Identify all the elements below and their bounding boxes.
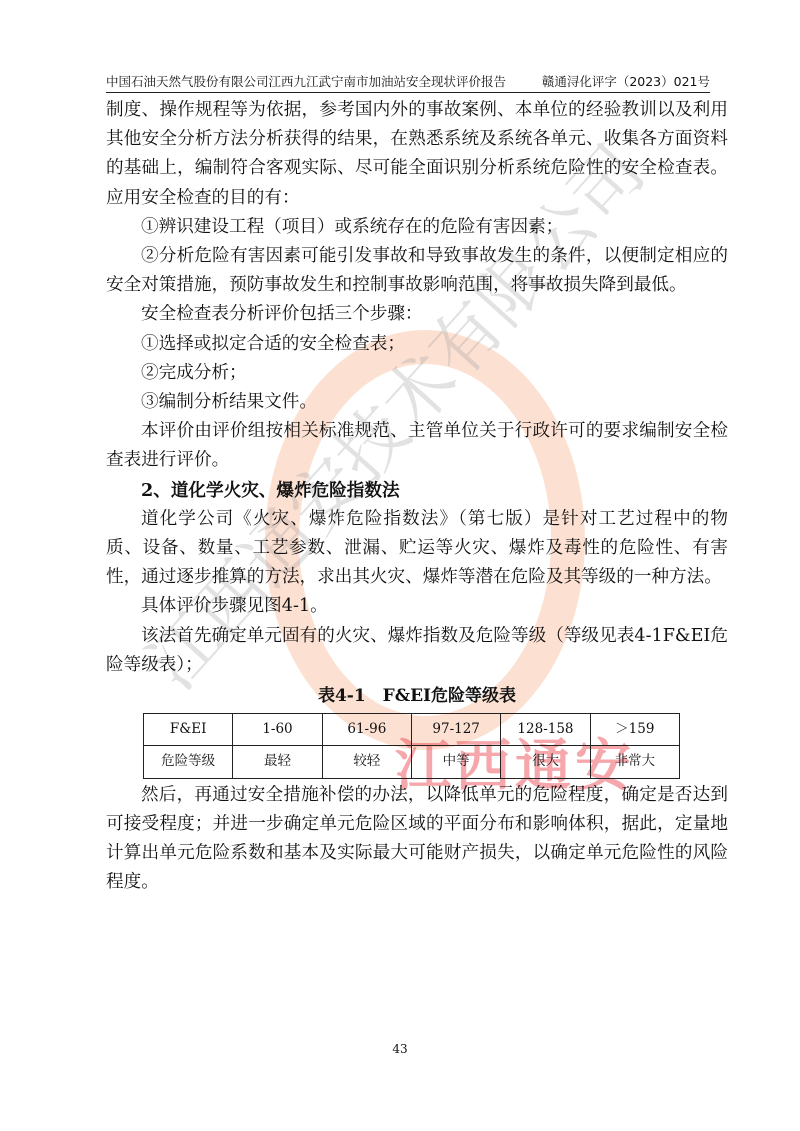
paragraph: 该法首先确定单元固有的火灾、爆炸指数及危险等级（等级见表4-1F&EI危险等级表… (106, 622, 728, 680)
header-title: 中国石油天然气股份有限公司江西九江武宁南市加油站安全现状评价报告 (106, 72, 506, 90)
table-caption: 表4-1 F&EI危险等级表 (106, 682, 728, 711)
paragraph: 安全检查表分析评价包括三个步骤： (106, 300, 728, 329)
table-row: 危险等级 最轻 较轻 中等 很大 非常大 (144, 746, 680, 778)
table-row: F&EI 1-60 61-96 97-127 128-158 ＞159 (144, 714, 680, 746)
table-cell: 128-158 (501, 714, 590, 746)
table-cell: 最轻 (233, 746, 322, 778)
paragraph: 本评价由评价组按相关标准规范、主管单位关于行政许可的要求编制安全检查表进行评价。 (106, 417, 728, 475)
table-cell: 61-96 (322, 714, 411, 746)
fei-hazard-table: F&EI 1-60 61-96 97-127 128-158 ＞159 危险等级… (143, 713, 680, 778)
paragraph: ③编制分析结果文件。 (106, 388, 728, 417)
paragraph: ①辨识建设工程（项目）或系统存在的危险有害因素； (106, 213, 728, 242)
page-number: 43 (0, 1042, 800, 1056)
page-content: 制度、操作规程等为依据，参考国内外的事故案例、本单位的经验教训以及利用其他安全分… (106, 96, 728, 897)
paragraph: ②分析危险有害因素可能引发事故和导致事故发生的条件，以便制定相应的安全对策措施，… (106, 242, 728, 300)
paragraph: 具体评价步骤见图4-1。 (106, 592, 728, 621)
table-cell: 1-60 (233, 714, 322, 746)
table-cell: 较轻 (322, 746, 411, 778)
page-header: 中国石油天然气股份有限公司江西九江武宁南市加油站安全现状评价报告 赣通浔化评字（… (106, 68, 710, 93)
paragraph: ②完成分析； (106, 359, 728, 388)
paragraph: 道化学公司《火灾、爆炸危险指数法》（第七版）是针对工艺过程中的物质、设备、数量、… (106, 505, 728, 593)
table-cell: ＞159 (590, 714, 679, 746)
header-doc-number: 赣通浔化评字（2023）021号 (542, 72, 710, 90)
paragraph: ①选择或拟定合适的安全检查表； (106, 330, 728, 359)
table-cell: 很大 (501, 746, 590, 778)
table-cell: 危险等级 (144, 746, 233, 778)
paragraph: 然后，再通过安全措施补偿的办法，以降低单元的危险程度，确定是否达到可接受程度；并… (106, 781, 728, 898)
section-heading: 2、道化学火灾、爆炸危险指数法 (106, 476, 728, 505)
table-cell: F&EI (144, 714, 233, 746)
table-cell: 97-127 (411, 714, 500, 746)
paragraph: 制度、操作规程等为依据，参考国内外的事故案例、本单位的经验教训以及利用其他安全分… (106, 96, 728, 213)
table-cell: 中等 (411, 746, 500, 778)
table-cell: 非常大 (590, 746, 679, 778)
